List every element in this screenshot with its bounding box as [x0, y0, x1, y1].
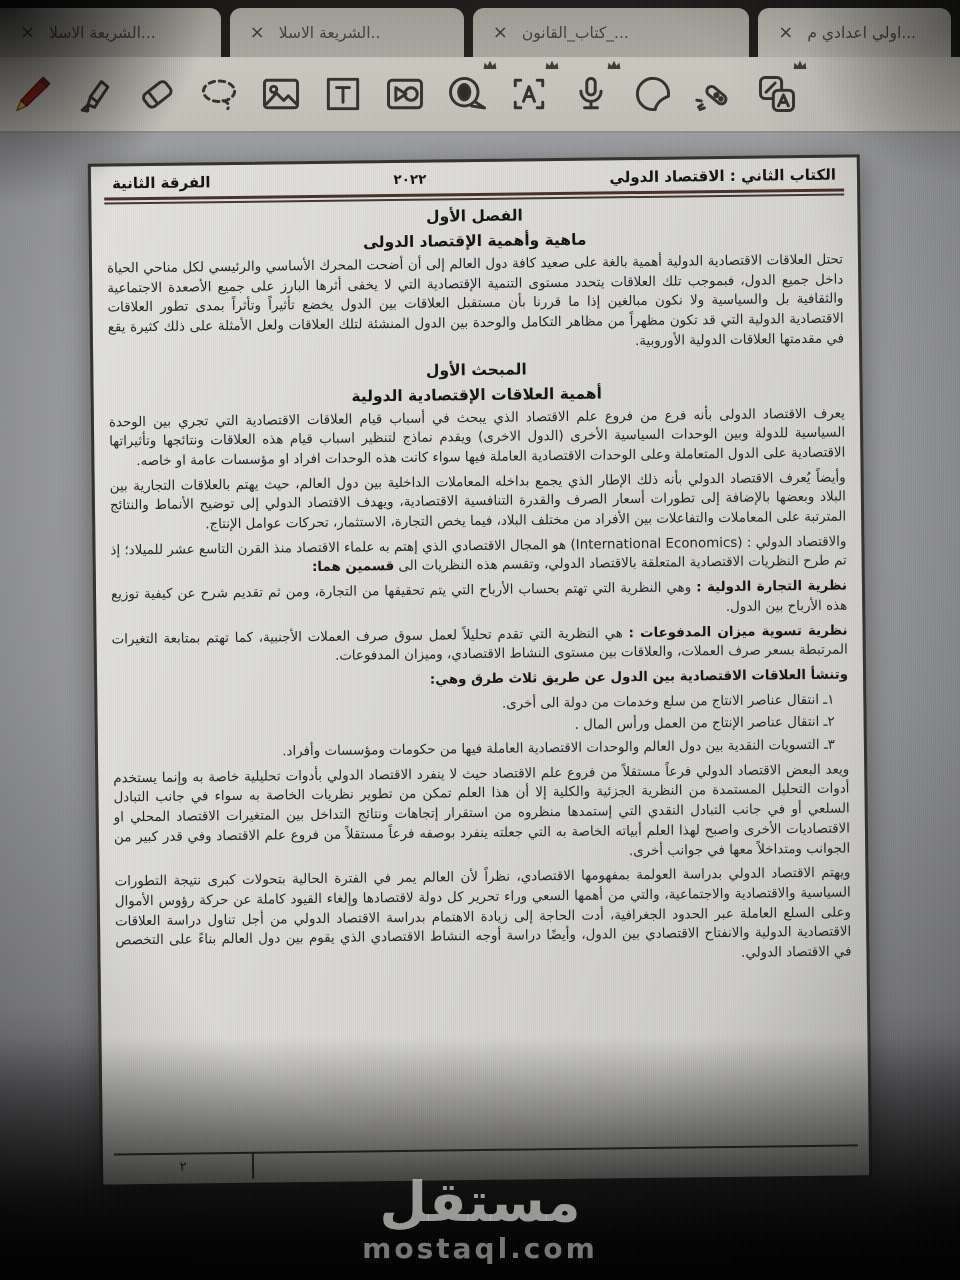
sticker-tool[interactable] [622, 57, 684, 131]
paragraph: ويعد البعض الاقتصاد الدولي فرعاً مستقلاً… [113, 760, 850, 868]
close-icon[interactable]: × [758, 24, 807, 42]
document-canvas[interactable]: الكتاب الثاني : الاقتصاد الدولي ٢٠٢٢ الف… [0, 133, 960, 1280]
tape-tool[interactable] [436, 57, 498, 131]
paragraph: نظرية التجارة الدولية : وهي النظرية التي… [111, 577, 847, 625]
tab-label: اولي اعدادي م... [807, 24, 942, 42]
tab-bar: × الشريعة الاسلا... × الشريعة الاسلا.. ×… [0, 0, 960, 57]
close-icon[interactable]: × [0, 24, 49, 42]
translate-icon [755, 72, 799, 116]
laser-pointer-icon [693, 72, 737, 116]
lasso-icon [197, 72, 241, 116]
highlighter-icon [73, 72, 117, 116]
paragraph: يعرف الاقتصاد الدولى بأنه فرع من فروع عل… [109, 404, 846, 472]
eraser-icon [135, 72, 179, 116]
image-icon [259, 72, 303, 116]
text-box-tool[interactable] [312, 57, 374, 131]
pen-tool[interactable] [2, 57, 64, 131]
scan-text-icon [507, 72, 551, 116]
section-subtitle: أهمية العلاقات الإقتصادية الدولية [109, 381, 845, 408]
premium-crown-icon [606, 59, 622, 71]
tab-sharia-1[interactable]: × الشريعة الاسلا... [0, 8, 221, 57]
close-icon[interactable]: × [230, 24, 279, 42]
shapes-tool[interactable] [374, 57, 436, 131]
eraser-tool[interactable] [126, 57, 188, 131]
shapes-icon [383, 72, 427, 116]
chapter-subtitle: ماهية وأهمية الإقتصاد الدولى [107, 228, 843, 255]
paragraph: تحتل العلاقات الاقتصادية الدولية أهمية ب… [107, 251, 844, 358]
mostaql-logo: مستقل [0, 1174, 960, 1232]
close-icon[interactable]: × [473, 24, 522, 42]
paragraph: ويهتم الاقتصاد الدولي بدراسة العولمة بمف… [114, 864, 851, 971]
tab-sharia-2[interactable]: × الشريعة الاسلا.. [230, 8, 464, 57]
premium-crown-icon [482, 59, 498, 71]
tab-law-book[interactable]: × كتاب_القانون_... [473, 8, 750, 57]
page-content: الكتاب الثاني : الاقتصاد الدولي ٢٠٢٢ الف… [91, 157, 869, 1184]
chapter-title: الفصل الأول [106, 203, 842, 230]
pen-icon [11, 72, 55, 116]
voice-memo-tool[interactable] [560, 57, 622, 131]
tape-icon [445, 72, 489, 116]
highlighter-tool[interactable] [64, 57, 126, 131]
header-book-title: الكتاب الثاني : الاقتصاد الدولي [609, 166, 836, 187]
list-intro: وتنشأ العلاقات الاقتصادية بين الدول عن ط… [112, 665, 848, 694]
premium-crown-icon [792, 59, 808, 71]
section-title: المبحث الأول [108, 356, 844, 383]
text-icon [321, 72, 365, 116]
header-grade: الفرقة الثانية [112, 173, 211, 192]
tab-first-prep[interactable]: × اولي اعدادي م... [758, 8, 951, 57]
annotation-toolbar [0, 57, 960, 133]
sticker-icon [631, 72, 675, 116]
translate-tool[interactable] [746, 57, 808, 131]
insert-image-tool[interactable] [250, 57, 312, 131]
premium-crown-icon [544, 59, 560, 71]
watermark: مستقل mostaql.com [0, 1174, 960, 1265]
paragraph: وأيضاً يُعرف الاقتصاد الدولي بأنه ذلك ال… [110, 468, 847, 536]
app-screen: × الشريعة الاسلا... × الشريعة الاسلا.. ×… [0, 0, 960, 1280]
tab-label: الشريعة الاسلا.. [279, 24, 407, 42]
lasso-tool[interactable] [188, 57, 250, 131]
document-page: الكتاب الثاني : الاقتصاد الدولي ٢٠٢٢ الف… [88, 154, 872, 1187]
header-year: ٢٠٢٢ [393, 172, 426, 188]
text-recognition-tool[interactable] [498, 57, 560, 131]
paragraph: نظرية تسوية ميزان المدفوعات : هي النظرية… [111, 621, 847, 669]
laser-pointer-tool[interactable] [684, 57, 746, 131]
tab-label: كتاب_القانون_... [522, 24, 655, 42]
microphone-icon [569, 72, 613, 116]
mostaql-site-text: mostaql.com [0, 1232, 960, 1265]
tab-label: الشريعة الاسلا... [49, 24, 182, 42]
paragraph: والاقتصاد الدولي : (International Econom… [110, 532, 846, 580]
